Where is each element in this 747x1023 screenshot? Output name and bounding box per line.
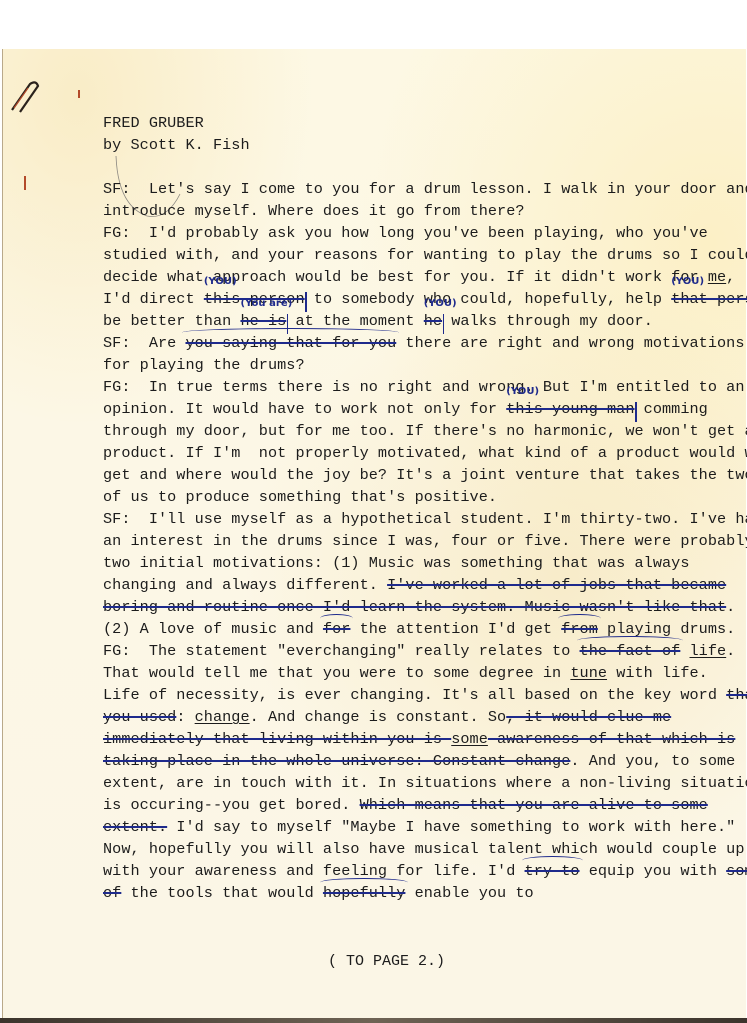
document-line: an interest in the drums since I was, fo… [103,530,743,552]
text-run: through my door, but for me too. If ther… [103,422,747,440]
document-title: FRED GRUBER [103,112,743,134]
document-line: taking place in the whole universe: Cons… [103,750,743,772]
typed-document: FRED GRUBER by Scott K. Fish SF: Let's s… [103,112,743,904]
text-run: extent, are in touch with it. In situati… [103,774,747,792]
document-line: two initial motivations: (1) Music was s… [103,552,743,574]
struck-text: that person(YOU) [671,290,747,308]
text-run: I'd say to myself "Maybe I have somethin… [167,818,735,836]
document-line: FG: I'd probably ask you how long you've… [103,222,743,244]
underlined-text: me [708,268,726,286]
text-run: (2) A love of music and [103,620,323,638]
text-run: product. If I'm not properly motivated, … [103,444,747,462]
handwritten-insertion: (YOU) [671,277,704,287]
text-run: for playing the drums? [103,356,305,374]
struck-text: Which means that you are alive to some [360,796,708,814]
document-line: be better than he is(You are) at the mom… [103,310,743,332]
text-run: . And you, to some [570,752,735,770]
document-line: FG: In true terms there is no right and … [103,376,743,398]
text-run: there are right and wrong motivations [396,334,744,352]
text-run: two initial motivations: (1) Music was s… [103,554,690,572]
text-run: changing and always different. [103,576,387,594]
handwritten-insertion: (YOU) [424,299,457,309]
struck-text: hopefully [323,884,405,902]
struck-text: try to [525,862,580,880]
document-line: with your awareness and feeling for life… [103,860,743,882]
document-line: Life of necessity, is ever changing. It'… [103,684,743,706]
document-line: introduce myself. Where does it go from … [103,200,743,222]
paperclip-mark-icon [8,78,48,118]
document-line: boring and routine once I'd learn the sy… [103,596,743,618]
text-run: SF: Let's say I come to you for a drum l… [103,180,747,198]
document-body: SF: Let's say I come to you for a drum l… [103,178,743,904]
document-byline: by Scott K. Fish [103,134,743,156]
struck-text: immediately that living within you is [103,730,451,748]
document-line: SF: Are you saying that for you there ar… [103,332,743,354]
text-run: to somebody who could, hopefully, help [305,290,672,308]
text-run: comming [635,400,708,418]
document-line: through my door, but for me too. If ther… [103,420,743,442]
struck-text: of [103,884,121,902]
text-run: enable you to [405,884,533,902]
handwritten-insertion: (YOU) [204,277,237,287]
text-run: get and where would the joy be? It's a j… [103,466,747,484]
struck-text: for [323,620,351,638]
document-line: of us to produce something that's positi… [103,486,743,508]
struck-text: from [561,620,598,638]
document-line: studied with, and your reasons for wanti… [103,244,743,266]
text-run: walks through my door. [442,312,653,330]
struck-text: some [726,862,747,880]
document-line: immediately that living within you is so… [103,728,743,750]
text-run: . And change is constant. So [250,708,507,726]
margin-mark [78,90,80,98]
text-run: with your awareness and feeling for life… [103,862,525,880]
underlined-text: tune [570,664,607,682]
document-line: That would tell me that you were to some… [103,662,743,684]
document-line: FG: The statement "everchanging" really … [103,640,743,662]
text-run: opinion. It would have to work not only … [103,400,506,418]
struck-text: you used [103,708,176,726]
underlined-text: some [451,730,488,748]
text-run: studied with, and your reasons for wanti… [103,246,747,264]
document-line: for playing the drums? [103,354,743,376]
text-run: Life of necessity, is ever changing. It'… [103,686,726,704]
text-run: the attention I'd get [350,620,561,638]
text-run: . [726,642,735,660]
struck-text: awareness of that which is [488,730,735,748]
underlined-text: change [195,708,250,726]
handwritten-insertion: (YOU) [506,387,539,397]
text-run: : [176,708,194,726]
underlined-text: life [690,642,727,660]
text-run: equip you with [580,862,727,880]
struck-text: I've worked a lot of jobs that became [387,576,726,594]
struck-text: this young man(YOU) [506,400,634,418]
document-line: product. If I'm not properly motivated, … [103,442,743,464]
struck-text: he(YOU) [424,312,442,330]
text-run: That would tell me that you were to some… [103,664,570,682]
document-line: changing and always different. I've work… [103,574,743,596]
text-run: I'd direct [103,290,204,308]
document-line: get and where would the joy be? It's a j… [103,464,743,486]
document-line: of the tools that would hopefully enable… [103,882,743,904]
struck-text: you saying that for you [185,334,396,352]
text-run: decide what approach would be best for y… [103,268,708,286]
text-run: be better than [103,312,240,330]
struck-text: that [726,686,747,704]
document-line: opinion. It would have to work not only … [103,398,743,420]
text-run: with life. [607,664,708,682]
document-line: is occuring--you get bored. Which means … [103,794,743,816]
text-run: SF: I'll use myself as a hypothetical st… [103,510,747,528]
text-run: SF: Are [103,334,185,352]
document-line: Now, hopefully you will also have musica… [103,838,743,860]
text-run: of us to produce something that's positi… [103,488,497,506]
document-line: extent, are in touch with it. In situati… [103,772,743,794]
struck-text: the fact of [580,642,681,660]
struck-text: extent. [103,818,167,836]
struck-text: boring and routine once I'd learn the sy… [103,598,726,616]
text-run: FG: In true terms there is no right and … [103,378,744,396]
text-run: FG: The statement "everchanging" really … [103,642,580,660]
text-run: , [726,268,735,286]
handwritten-insertion: (You are) [240,299,292,309]
document-line: SF: Let's say I come to you for a drum l… [103,178,743,200]
struck-text: taking place in the whole universe: Cons… [103,752,570,770]
document-line: decide what approach would be best for y… [103,266,743,288]
text-run: is occuring--you get bored. [103,796,360,814]
text-run [680,642,689,660]
document-line: SF: I'll use myself as a hypothetical st… [103,508,743,530]
text-run: an interest in the drums since I was, fo… [103,532,747,550]
margin-mark [24,176,26,190]
document-line: extent. I'd say to myself "Maybe I have … [103,816,743,838]
text-run: FG: I'd probably ask you how long you've… [103,224,708,242]
text-run: the tools that would [121,884,323,902]
text-run: Now, hopefully you will also have musica… [103,840,744,858]
document-line: you used: change. And change is constant… [103,706,743,728]
page-bottom-edge [0,1018,747,1023]
continuation-note: ( TO PAGE 2.) [328,953,445,970]
text-run: . [726,598,735,616]
text-run: introduce myself. Where does it go from … [103,202,525,220]
struck-text: , it would clue me [506,708,671,726]
